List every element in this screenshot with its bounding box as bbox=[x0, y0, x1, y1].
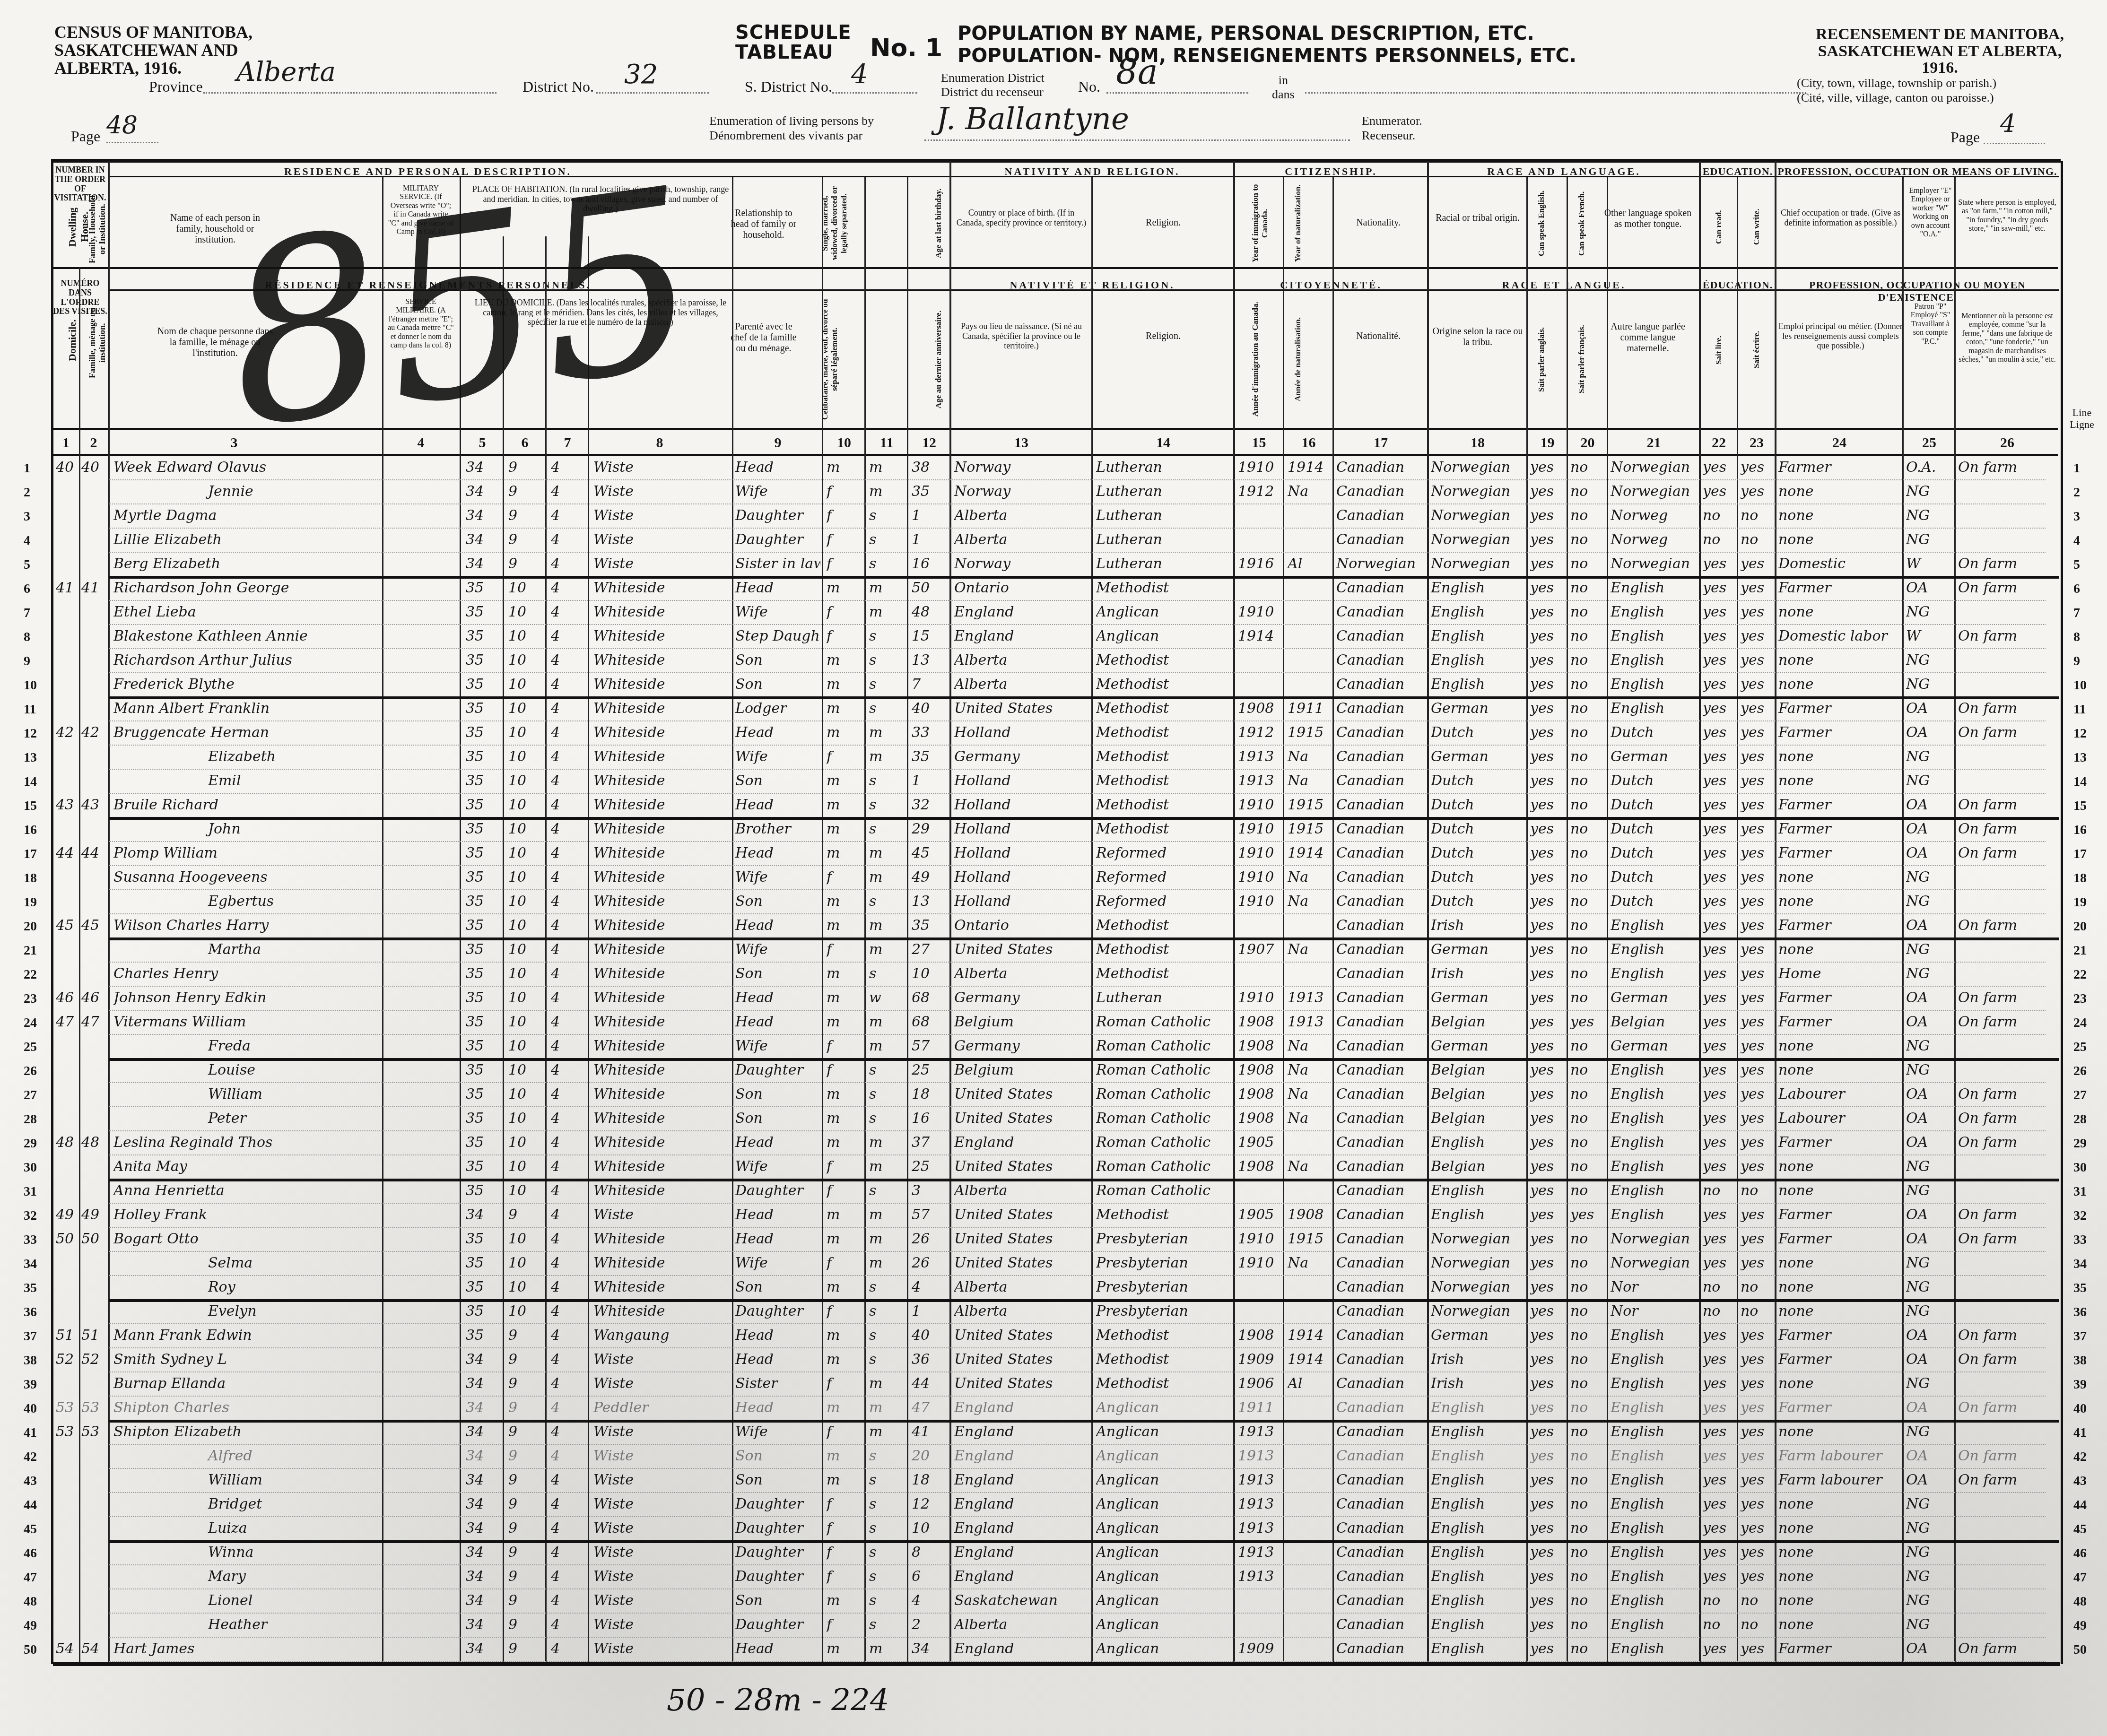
birthplace-cell[interactable]: United States bbox=[954, 1207, 1091, 1223]
marital-status-cell[interactable]: s bbox=[869, 1062, 907, 1078]
relationship-cell[interactable]: Head bbox=[735, 724, 820, 741]
dwelling-number-cell[interactable]: 44 bbox=[56, 845, 77, 861]
meridian-cell[interactable]: 4 bbox=[551, 1038, 586, 1054]
sex-cell[interactable]: f bbox=[827, 1038, 864, 1054]
can-write-cell[interactable]: no bbox=[1741, 507, 1774, 524]
mother-tongue-cell[interactable]: English bbox=[1611, 1544, 1698, 1561]
can-write-cell[interactable]: yes bbox=[1741, 821, 1774, 837]
municipality-cell[interactable]: Whiteside bbox=[593, 845, 731, 861]
religion-cell[interactable]: Methodist bbox=[1096, 821, 1233, 837]
religion-cell[interactable]: Anglican bbox=[1096, 604, 1233, 620]
family-number-cell[interactable]: 54 bbox=[81, 1641, 105, 1657]
immigration-year-cell[interactable]: 1908 bbox=[1238, 1062, 1283, 1078]
meridian-cell[interactable]: 4 bbox=[551, 1182, 586, 1199]
range-cell[interactable]: 10 bbox=[508, 1086, 544, 1102]
meridian-cell[interactable]: 4 bbox=[551, 1158, 586, 1175]
nationality-cell[interactable]: Canadian bbox=[1336, 1616, 1426, 1633]
relationship-cell[interactable]: Head bbox=[735, 1399, 820, 1416]
occupation-cell[interactable]: none bbox=[1778, 604, 1901, 620]
sex-cell[interactable]: m bbox=[827, 459, 864, 476]
speaks-french-cell[interactable]: no bbox=[1570, 676, 1606, 693]
naturalization-year-cell[interactable]: 1915 bbox=[1288, 724, 1332, 741]
age-cell[interactable]: 29 bbox=[912, 821, 949, 837]
sex-cell[interactable]: m bbox=[827, 1448, 864, 1464]
occupation-cell[interactable]: Farmer bbox=[1778, 459, 1901, 476]
marital-status-cell[interactable]: s bbox=[869, 1568, 907, 1585]
relationship-cell[interactable]: Son bbox=[735, 1110, 820, 1127]
locality-line[interactable] bbox=[1305, 92, 1806, 94]
township-cell[interactable]: 35 bbox=[466, 1086, 501, 1102]
township-cell[interactable]: 35 bbox=[466, 1303, 501, 1319]
religion-cell[interactable]: Anglican bbox=[1096, 628, 1233, 644]
township-cell[interactable]: 35 bbox=[466, 1014, 501, 1030]
municipality-cell[interactable]: Wiste bbox=[593, 1616, 731, 1633]
can-write-cell[interactable]: yes bbox=[1741, 1520, 1774, 1536]
can-read-cell[interactable]: yes bbox=[1703, 1472, 1736, 1488]
person-name-cell[interactable]: Mann Frank Edwin bbox=[113, 1327, 378, 1344]
occupation-cell[interactable]: none bbox=[1778, 1255, 1901, 1271]
can-read-cell[interactable]: no bbox=[1703, 1182, 1736, 1199]
naturalization-year-cell[interactable]: Na bbox=[1288, 869, 1332, 885]
nationality-cell[interactable]: Canadian bbox=[1336, 1327, 1426, 1344]
municipality-cell[interactable]: Wiste bbox=[593, 1568, 731, 1585]
person-name-cell[interactable]: Hart James bbox=[113, 1641, 378, 1657]
religion-cell[interactable]: Presbyterian bbox=[1096, 1303, 1233, 1319]
racial-origin-cell[interactable]: Norwegian bbox=[1431, 556, 1525, 572]
occupation-cell[interactable]: Domestic bbox=[1778, 556, 1901, 572]
immigration-year-cell[interactable]: 1913 bbox=[1238, 1448, 1283, 1464]
employment-status-cell[interactable]: NG bbox=[1906, 1038, 1953, 1054]
relationship-cell[interactable]: Wife bbox=[735, 483, 820, 500]
sex-cell[interactable]: m bbox=[827, 1110, 864, 1127]
employment-place-cell[interactable]: On farm bbox=[1958, 821, 2057, 837]
page-right-value[interactable]: 4 bbox=[2000, 110, 2016, 138]
relationship-cell[interactable]: Head bbox=[735, 1134, 820, 1151]
sex-cell[interactable]: f bbox=[827, 531, 864, 548]
township-cell[interactable]: 35 bbox=[466, 724, 501, 741]
nationality-cell[interactable]: Canadian bbox=[1336, 724, 1426, 741]
can-read-cell[interactable]: yes bbox=[1703, 1062, 1736, 1078]
mother-tongue-cell[interactable]: English bbox=[1611, 965, 1698, 982]
sex-cell[interactable]: m bbox=[827, 797, 864, 813]
speaks-english-cell[interactable]: yes bbox=[1530, 1279, 1566, 1295]
meridian-cell[interactable]: 4 bbox=[551, 1544, 586, 1561]
birthplace-cell[interactable]: United States bbox=[954, 1351, 1091, 1368]
family-number-cell[interactable]: 52 bbox=[81, 1351, 105, 1368]
range-cell[interactable]: 9 bbox=[508, 1641, 544, 1657]
speaks-french-cell[interactable]: no bbox=[1570, 1062, 1606, 1078]
naturalization-year-cell[interactable]: Na bbox=[1288, 1158, 1332, 1175]
municipality-cell[interactable]: Whiteside bbox=[593, 965, 731, 982]
municipality-cell[interactable]: Whiteside bbox=[593, 797, 731, 813]
occupation-cell[interactable]: Farmer bbox=[1778, 1641, 1901, 1657]
age-cell[interactable]: 3 bbox=[912, 1182, 949, 1199]
sex-cell[interactable]: f bbox=[827, 604, 864, 620]
mother-tongue-cell[interactable]: Dutch bbox=[1611, 773, 1698, 789]
speaks-english-cell[interactable]: yes bbox=[1530, 1255, 1566, 1271]
marital-status-cell[interactable]: s bbox=[869, 531, 907, 548]
speaks-french-cell[interactable]: no bbox=[1570, 821, 1606, 837]
person-name-cell[interactable]: Bogart Otto bbox=[113, 1231, 378, 1247]
birthplace-cell[interactable]: Norway bbox=[954, 483, 1091, 500]
municipality-cell[interactable]: Wiste bbox=[593, 1351, 731, 1368]
meridian-cell[interactable]: 4 bbox=[551, 1134, 586, 1151]
dwelling-number-cell[interactable]: 50 bbox=[56, 1231, 77, 1247]
mother-tongue-cell[interactable]: English bbox=[1611, 1375, 1698, 1392]
occupation-cell[interactable]: Farmer bbox=[1778, 1231, 1901, 1247]
family-number-cell[interactable]: 41 bbox=[81, 580, 105, 596]
religion-cell[interactable]: Anglican bbox=[1096, 1568, 1233, 1585]
racial-origin-cell[interactable]: German bbox=[1431, 1327, 1525, 1344]
township-cell[interactable]: 35 bbox=[466, 1110, 501, 1127]
relationship-cell[interactable]: Daughter bbox=[735, 1062, 820, 1078]
immigration-year-cell[interactable]: 1908 bbox=[1238, 1038, 1283, 1054]
naturalization-year-cell[interactable]: 1908 bbox=[1288, 1207, 1332, 1223]
relationship-cell[interactable]: Head bbox=[735, 1641, 820, 1657]
speaks-english-cell[interactable]: yes bbox=[1530, 1448, 1566, 1464]
person-name-cell[interactable]: Bruile Richard bbox=[113, 797, 378, 813]
birthplace-cell[interactable]: United States bbox=[954, 1375, 1091, 1392]
religion-cell[interactable]: Methodist bbox=[1096, 580, 1233, 596]
age-cell[interactable]: 27 bbox=[912, 941, 949, 958]
speaks-french-cell[interactable]: no bbox=[1570, 724, 1606, 741]
township-cell[interactable]: 35 bbox=[466, 604, 501, 620]
municipality-cell[interactable]: Whiteside bbox=[593, 724, 731, 741]
marital-status-cell[interactable]: s bbox=[869, 1110, 907, 1127]
naturalization-year-cell[interactable]: Na bbox=[1288, 748, 1332, 765]
relationship-cell[interactable]: Sister bbox=[735, 1375, 820, 1392]
sex-cell[interactable]: f bbox=[827, 1303, 864, 1319]
birthplace-cell[interactable]: Norway bbox=[954, 459, 1091, 476]
mother-tongue-cell[interactable]: English bbox=[1611, 1086, 1698, 1102]
marital-status-cell[interactable]: m bbox=[869, 1038, 907, 1054]
speaks-english-cell[interactable]: yes bbox=[1530, 531, 1566, 548]
racial-origin-cell[interactable]: English bbox=[1431, 1568, 1525, 1585]
speaks-english-cell[interactable]: yes bbox=[1530, 773, 1566, 789]
mother-tongue-cell[interactable]: Dutch bbox=[1611, 893, 1698, 910]
speaks-english-cell[interactable]: yes bbox=[1530, 483, 1566, 500]
employment-status-cell[interactable]: NG bbox=[1906, 1544, 1953, 1561]
dwelling-number-cell[interactable]: 53 bbox=[56, 1424, 77, 1440]
age-cell[interactable]: 1 bbox=[912, 773, 949, 789]
employment-status-cell[interactable]: OA bbox=[1906, 1327, 1953, 1344]
speaks-french-cell[interactable]: no bbox=[1570, 893, 1606, 910]
can-read-cell[interactable]: yes bbox=[1703, 459, 1736, 476]
speaks-french-cell[interactable]: no bbox=[1570, 965, 1606, 982]
marital-status-cell[interactable]: m bbox=[869, 1424, 907, 1440]
dwelling-number-cell[interactable]: 40 bbox=[56, 459, 77, 476]
age-cell[interactable]: 12 bbox=[912, 1496, 949, 1512]
birthplace-cell[interactable]: Ontario bbox=[954, 917, 1091, 934]
can-read-cell[interactable]: yes bbox=[1703, 1014, 1736, 1030]
birthplace-cell[interactable]: England bbox=[954, 1472, 1091, 1488]
employment-status-cell[interactable]: NG bbox=[1906, 1182, 1953, 1199]
township-cell[interactable]: 35 bbox=[466, 1038, 501, 1054]
range-cell[interactable]: 9 bbox=[508, 1496, 544, 1512]
birthplace-cell[interactable]: Holland bbox=[954, 724, 1091, 741]
sex-cell[interactable]: f bbox=[827, 556, 864, 572]
employment-status-cell[interactable]: NG bbox=[1906, 1158, 1953, 1175]
speaks-french-cell[interactable]: no bbox=[1570, 1231, 1606, 1247]
township-cell[interactable]: 35 bbox=[466, 941, 501, 958]
religion-cell[interactable]: Methodist bbox=[1096, 1351, 1233, 1368]
can-read-cell[interactable]: yes bbox=[1703, 1375, 1736, 1392]
range-cell[interactable]: 10 bbox=[508, 1038, 544, 1054]
age-cell[interactable]: 37 bbox=[912, 1134, 949, 1151]
township-cell[interactable]: 35 bbox=[466, 917, 501, 934]
municipality-cell[interactable]: Whiteside bbox=[593, 1086, 731, 1102]
can-write-cell[interactable]: no bbox=[1741, 1182, 1774, 1199]
mother-tongue-cell[interactable]: English bbox=[1611, 1568, 1698, 1585]
range-cell[interactable]: 9 bbox=[508, 531, 544, 548]
speaks-french-cell[interactable]: no bbox=[1570, 1592, 1606, 1609]
can-write-cell[interactable]: yes bbox=[1741, 965, 1774, 982]
can-read-cell[interactable]: yes bbox=[1703, 821, 1736, 837]
speaks-english-cell[interactable]: yes bbox=[1530, 1592, 1566, 1609]
nationality-cell[interactable]: Canadian bbox=[1336, 531, 1426, 548]
marital-status-cell[interactable]: m bbox=[869, 845, 907, 861]
marital-status-cell[interactable]: m bbox=[869, 1134, 907, 1151]
relationship-cell[interactable]: Head bbox=[735, 580, 820, 596]
meridian-cell[interactable]: 4 bbox=[551, 1472, 586, 1488]
age-cell[interactable]: 57 bbox=[912, 1038, 949, 1054]
age-cell[interactable]: 38 bbox=[912, 459, 949, 476]
speaks-french-cell[interactable]: no bbox=[1570, 628, 1606, 644]
employment-status-cell[interactable]: NG bbox=[1906, 676, 1953, 693]
dwelling-number-cell[interactable]: 54 bbox=[56, 1641, 77, 1657]
family-number-cell[interactable]: 53 bbox=[81, 1424, 105, 1440]
occupation-cell[interactable]: Farm labourer bbox=[1778, 1448, 1901, 1464]
can-read-cell[interactable]: yes bbox=[1703, 483, 1736, 500]
can-read-cell[interactable]: yes bbox=[1703, 1134, 1736, 1151]
township-cell[interactable]: 34 bbox=[466, 1472, 501, 1488]
marital-status-cell[interactable]: s bbox=[869, 965, 907, 982]
township-cell[interactable]: 35 bbox=[466, 1158, 501, 1175]
can-write-cell[interactable]: no bbox=[1741, 1592, 1774, 1609]
religion-cell[interactable]: Anglican bbox=[1096, 1616, 1233, 1633]
speaks-french-cell[interactable]: no bbox=[1570, 483, 1606, 500]
can-read-cell[interactable]: yes bbox=[1703, 941, 1736, 958]
employment-status-cell[interactable]: NG bbox=[1906, 483, 1953, 500]
person-name-cell[interactable]: Johnson Henry Edkin bbox=[113, 990, 378, 1006]
religion-cell[interactable]: Methodist bbox=[1096, 941, 1233, 958]
township-cell[interactable]: 35 bbox=[466, 1182, 501, 1199]
dwelling-number-cell[interactable]: 46 bbox=[56, 990, 77, 1006]
naturalization-year-cell[interactable]: 1915 bbox=[1288, 821, 1332, 837]
age-cell[interactable]: 35 bbox=[912, 748, 949, 765]
township-cell[interactable]: 34 bbox=[466, 1399, 501, 1416]
nationality-cell[interactable]: Canadian bbox=[1336, 1255, 1426, 1271]
can-read-cell[interactable]: yes bbox=[1703, 604, 1736, 620]
occupation-cell[interactable]: none bbox=[1778, 1544, 1901, 1561]
birthplace-cell[interactable]: England bbox=[954, 1496, 1091, 1512]
relationship-cell[interactable]: Step Daughter bbox=[735, 628, 820, 644]
mother-tongue-cell[interactable]: Norwegian bbox=[1611, 556, 1698, 572]
sex-cell[interactable]: f bbox=[827, 1375, 864, 1392]
racial-origin-cell[interactable]: Norwegian bbox=[1431, 1303, 1525, 1319]
birthplace-cell[interactable]: England bbox=[954, 1424, 1091, 1440]
birthplace-cell[interactable]: England bbox=[954, 1544, 1091, 1561]
employment-status-cell[interactable]: NG bbox=[1906, 1375, 1953, 1392]
employment-status-cell[interactable]: NG bbox=[1906, 1616, 1953, 1633]
marital-status-cell[interactable]: m bbox=[869, 1399, 907, 1416]
speaks-french-cell[interactable]: no bbox=[1570, 917, 1606, 934]
nationality-cell[interactable]: Canadian bbox=[1336, 700, 1426, 717]
township-cell[interactable]: 35 bbox=[466, 821, 501, 837]
meridian-cell[interactable]: 4 bbox=[551, 797, 586, 813]
relationship-cell[interactable]: Head bbox=[735, 1327, 820, 1344]
range-cell[interactable]: 10 bbox=[508, 604, 544, 620]
relationship-cell[interactable]: Head bbox=[735, 1207, 820, 1223]
speaks-french-cell[interactable]: no bbox=[1570, 845, 1606, 861]
speaks-french-cell[interactable]: no bbox=[1570, 1616, 1606, 1633]
meridian-cell[interactable]: 4 bbox=[551, 990, 586, 1006]
naturalization-year-cell[interactable]: Na bbox=[1288, 1062, 1332, 1078]
occupation-cell[interactable]: none bbox=[1778, 748, 1901, 765]
birthplace-cell[interactable]: Norway bbox=[954, 556, 1091, 572]
municipality-cell[interactable]: Whiteside bbox=[593, 1279, 731, 1295]
employment-status-cell[interactable]: OA bbox=[1906, 821, 1953, 837]
can-write-cell[interactable]: yes bbox=[1741, 893, 1774, 910]
birthplace-cell[interactable]: Alberta bbox=[954, 1182, 1091, 1199]
mother-tongue-cell[interactable]: English bbox=[1611, 1472, 1698, 1488]
nationality-cell[interactable]: Canadian bbox=[1336, 748, 1426, 765]
sex-cell[interactable]: f bbox=[827, 483, 864, 500]
municipality-cell[interactable]: Whiteside bbox=[593, 1134, 731, 1151]
birthplace-cell[interactable]: Germany bbox=[954, 1038, 1091, 1054]
occupation-cell[interactable]: Farmer bbox=[1778, 1351, 1901, 1368]
naturalization-year-cell[interactable]: Na bbox=[1288, 1110, 1332, 1127]
relationship-cell[interactable]: Son bbox=[735, 1279, 820, 1295]
religion-cell[interactable]: Roman Catholic bbox=[1096, 1038, 1233, 1054]
birthplace-cell[interactable]: England bbox=[954, 628, 1091, 644]
municipality-cell[interactable]: Wiste bbox=[593, 1448, 731, 1464]
age-cell[interactable]: 26 bbox=[912, 1231, 949, 1247]
township-cell[interactable]: 34 bbox=[466, 507, 501, 524]
nationality-cell[interactable]: Canadian bbox=[1336, 821, 1426, 837]
person-name-cell[interactable]: Wilson Charles Harry bbox=[113, 917, 378, 934]
sex-cell[interactable]: f bbox=[827, 1568, 864, 1585]
immigration-year-cell[interactable]: 1910 bbox=[1238, 459, 1283, 476]
mother-tongue-cell[interactable]: Norweg bbox=[1611, 507, 1698, 524]
racial-origin-cell[interactable]: English bbox=[1431, 1448, 1525, 1464]
speaks-english-cell[interactable]: yes bbox=[1530, 869, 1566, 885]
birthplace-cell[interactable]: Alberta bbox=[954, 1303, 1091, 1319]
relationship-cell[interactable]: Son bbox=[735, 1592, 820, 1609]
age-cell[interactable]: 35 bbox=[912, 483, 949, 500]
can-write-cell[interactable]: yes bbox=[1741, 652, 1774, 668]
age-cell[interactable]: 49 bbox=[912, 869, 949, 885]
racial-origin-cell[interactable]: Norwegian bbox=[1431, 483, 1525, 500]
nationality-cell[interactable]: Canadian bbox=[1336, 1182, 1426, 1199]
speaks-french-cell[interactable]: no bbox=[1570, 1520, 1606, 1536]
sex-cell[interactable]: f bbox=[827, 869, 864, 885]
sex-cell[interactable]: m bbox=[827, 1134, 864, 1151]
family-number-cell[interactable]: 48 bbox=[81, 1134, 105, 1151]
municipality-cell[interactable]: Whiteside bbox=[593, 1182, 731, 1199]
occupation-cell[interactable]: Farmer bbox=[1778, 1327, 1901, 1344]
range-cell[interactable]: 10 bbox=[508, 1158, 544, 1175]
can-write-cell[interactable]: yes bbox=[1741, 1255, 1774, 1271]
employment-status-cell[interactable]: NG bbox=[1906, 531, 1953, 548]
can-read-cell[interactable]: yes bbox=[1703, 1207, 1736, 1223]
age-cell[interactable]: 45 bbox=[912, 845, 949, 861]
municipality-cell[interactable]: Wiste bbox=[593, 1207, 731, 1223]
occupation-cell[interactable]: Farmer bbox=[1778, 1014, 1901, 1030]
range-cell[interactable]: 10 bbox=[508, 1014, 544, 1030]
relationship-cell[interactable]: Son bbox=[735, 652, 820, 668]
employment-place-cell[interactable]: On farm bbox=[1958, 724, 2057, 741]
person-name-cell[interactable]: Luiza bbox=[113, 1520, 473, 1536]
age-cell[interactable]: 13 bbox=[912, 893, 949, 910]
municipality-cell[interactable]: Whiteside bbox=[593, 628, 731, 644]
mother-tongue-cell[interactable]: Norwegian bbox=[1611, 459, 1698, 476]
can-write-cell[interactable]: yes bbox=[1741, 1641, 1774, 1657]
employment-place-cell[interactable]: On farm bbox=[1958, 1351, 2057, 1368]
nationality-cell[interactable]: Canadian bbox=[1336, 869, 1426, 885]
speaks-french-cell[interactable]: no bbox=[1570, 748, 1606, 765]
immigration-year-cell[interactable]: 1907 bbox=[1238, 941, 1283, 958]
range-cell[interactable]: 9 bbox=[508, 1207, 544, 1223]
occupation-cell[interactable]: none bbox=[1778, 1303, 1901, 1319]
age-cell[interactable]: 32 bbox=[912, 797, 949, 813]
speaks-english-cell[interactable]: yes bbox=[1530, 941, 1566, 958]
sex-cell[interactable]: f bbox=[827, 1520, 864, 1536]
marital-status-cell[interactable]: s bbox=[869, 893, 907, 910]
speaks-english-cell[interactable]: yes bbox=[1530, 748, 1566, 765]
range-cell[interactable]: 10 bbox=[508, 1255, 544, 1271]
racial-origin-cell[interactable]: Norwegian bbox=[1431, 531, 1525, 548]
immigration-year-cell[interactable]: 1913 bbox=[1238, 1472, 1283, 1488]
range-cell[interactable]: 10 bbox=[508, 676, 544, 693]
occupation-cell[interactable]: none bbox=[1778, 676, 1901, 693]
range-cell[interactable]: 10 bbox=[508, 1303, 544, 1319]
dwelling-number-cell[interactable]: 51 bbox=[56, 1327, 77, 1344]
range-cell[interactable]: 9 bbox=[508, 1544, 544, 1561]
birthplace-cell[interactable]: United States bbox=[954, 1255, 1091, 1271]
range-cell[interactable]: 10 bbox=[508, 990, 544, 1006]
racial-origin-cell[interactable]: German bbox=[1431, 700, 1525, 717]
immigration-year-cell[interactable]: 1908 bbox=[1238, 1327, 1283, 1344]
employment-status-cell[interactable]: OA bbox=[1906, 1399, 1953, 1416]
occupation-cell[interactable]: none bbox=[1778, 941, 1901, 958]
meridian-cell[interactable]: 4 bbox=[551, 1207, 586, 1223]
municipality-cell[interactable]: Whiteside bbox=[593, 580, 731, 596]
mother-tongue-cell[interactable]: English bbox=[1611, 1448, 1698, 1464]
employment-status-cell[interactable]: O.A. bbox=[1906, 459, 1953, 476]
immigration-year-cell[interactable]: 1912 bbox=[1238, 483, 1283, 500]
person-name-cell[interactable]: Heather bbox=[113, 1616, 473, 1633]
employment-status-cell[interactable]: W bbox=[1906, 556, 1953, 572]
speaks-french-cell[interactable]: no bbox=[1570, 1110, 1606, 1127]
birthplace-cell[interactable]: England bbox=[954, 1399, 1091, 1416]
mother-tongue-cell[interactable]: German bbox=[1611, 748, 1698, 765]
marital-status-cell[interactable]: m bbox=[869, 459, 907, 476]
can-write-cell[interactable]: yes bbox=[1741, 1062, 1774, 1078]
nationality-cell[interactable]: Canadian bbox=[1336, 1303, 1426, 1319]
person-name-cell[interactable]: Mann Albert Franklin bbox=[113, 700, 378, 717]
can-write-cell[interactable]: yes bbox=[1741, 1375, 1774, 1392]
age-cell[interactable]: 44 bbox=[912, 1375, 949, 1392]
employment-status-cell[interactable]: NG bbox=[1906, 893, 1953, 910]
relationship-cell[interactable]: Daughter bbox=[735, 507, 820, 524]
marital-status-cell[interactable]: s bbox=[869, 1472, 907, 1488]
meridian-cell[interactable]: 4 bbox=[551, 1110, 586, 1127]
relationship-cell[interactable]: Head bbox=[735, 797, 820, 813]
employment-status-cell[interactable]: OA bbox=[1906, 1351, 1953, 1368]
meridian-cell[interactable]: 4 bbox=[551, 1568, 586, 1585]
relationship-cell[interactable]: Wife bbox=[735, 1424, 820, 1440]
